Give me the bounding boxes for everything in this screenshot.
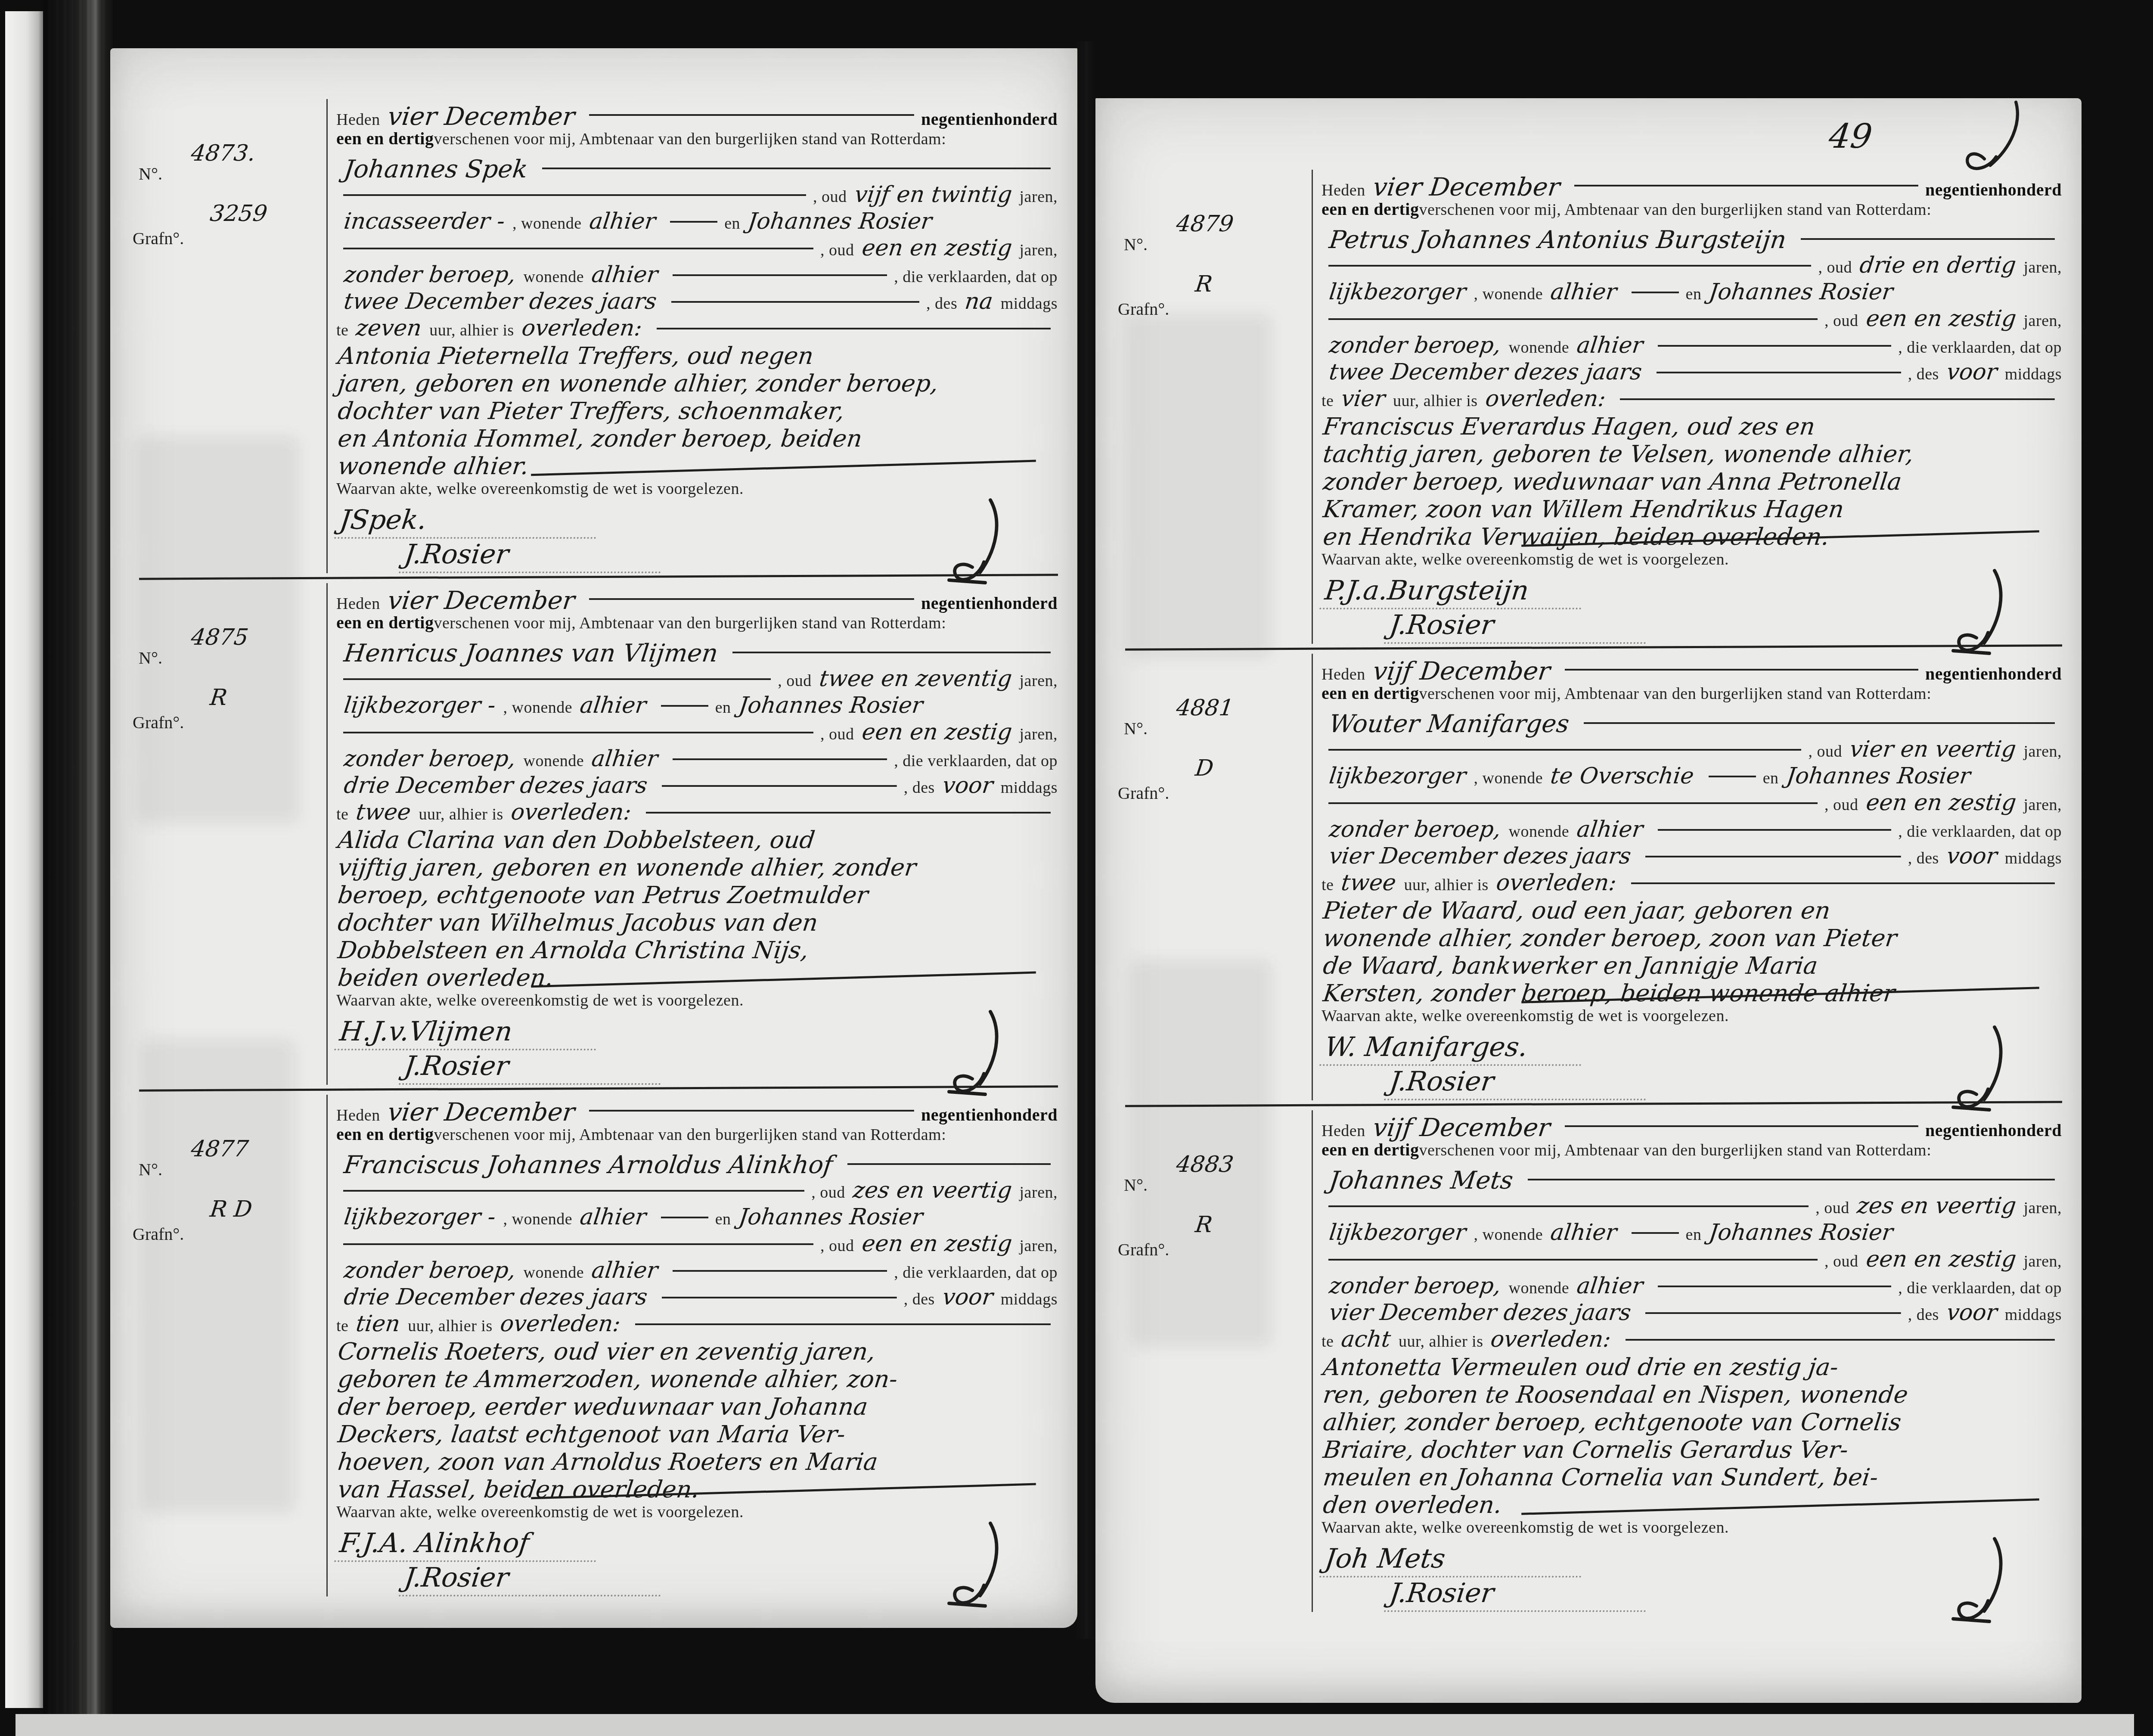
form-text: , oud bbox=[820, 241, 854, 260]
blank-fill-line bbox=[1632, 291, 1679, 294]
line-year: een en dertigverschenen voor mij, Ambten… bbox=[1322, 1140, 2062, 1166]
line-death-hour: tevieruur, alhier isoverleden: bbox=[1322, 386, 2062, 413]
death-daypart: voor bbox=[1945, 1300, 1998, 1326]
registrar-clause: verschenen voor mij, Ambtenaar van den b… bbox=[434, 614, 946, 633]
grave-number: 3259 bbox=[208, 201, 269, 227]
declarant2-residence: alhier bbox=[590, 262, 659, 288]
scanned-register-photo: N°.4873.Grafn°.3259Hedenvier Decemberneg… bbox=[0, 0, 2153, 1736]
blank-fill-line bbox=[1328, 318, 1818, 320]
deceased-text: de Waard, bankwerker en Jannigje Maria bbox=[1322, 952, 1819, 979]
heden-label: Heden bbox=[336, 594, 380, 613]
record-number-label: N°. bbox=[139, 1159, 162, 1180]
form-text: , wonende bbox=[512, 214, 582, 233]
line-declarant1-age: , oudvijf en twintigjaren, bbox=[336, 182, 1058, 208]
declarant2-age: een en zestig bbox=[860, 1231, 1013, 1257]
form-text: jaren, bbox=[2024, 795, 2062, 814]
grave-number-label: Grafn°. bbox=[1118, 783, 1169, 803]
signature: W. Manifarges. bbox=[1319, 1031, 1585, 1066]
declarant1-age: zes en veertig bbox=[1855, 1193, 2017, 1219]
declarant2-occupation: zonder beroep, bbox=[1328, 817, 1502, 842]
deceased-text: jaren, geboren en wonende alhier, zonder… bbox=[336, 370, 940, 397]
deceased-text-line: Dobbelsteen en Arnolda Christina Nijs, bbox=[336, 936, 1058, 964]
deceased-text-line: de Waard, bankwerker en Jannigje Maria bbox=[1322, 952, 2062, 979]
deceased-text: wonende alhier. bbox=[336, 452, 530, 480]
loose-page-edge bbox=[5, 11, 44, 1708]
deceased-text-line: Briaire, dochter van Cornelis Gerardus V… bbox=[1322, 1436, 2062, 1463]
deceased-text: beiden overleden. bbox=[336, 964, 555, 991]
form-text: jaren, bbox=[1020, 671, 1058, 690]
declarant1-residence: te Overschie bbox=[1549, 763, 1695, 789]
line-year: een en dertigverschenen voor mij, Ambten… bbox=[336, 612, 1058, 639]
year-word: een en dertig bbox=[1322, 199, 1419, 219]
line-declarant2-age: , oudeen en zestigjaren, bbox=[336, 719, 1058, 746]
death-daypart: voor bbox=[941, 773, 994, 798]
line-date: Hedenvier Decembernegentienhonderd bbox=[336, 1097, 1058, 1124]
blank-fill-line bbox=[1626, 1338, 2055, 1341]
overleden-word: overleden: bbox=[1484, 386, 1607, 412]
death-record: N°.4875Grafn°.RHedenvier Decembernegenti… bbox=[110, 583, 1077, 1085]
form-text: , des bbox=[926, 294, 957, 313]
paraph-flourish-icon bbox=[1945, 1536, 2010, 1629]
blank-fill-line bbox=[1328, 1258, 1818, 1261]
signature-area: F.J.A. AlinkhofJ.Rosier bbox=[336, 1528, 1058, 1596]
form-text: jaren, bbox=[2024, 1252, 2062, 1271]
death-hour: acht bbox=[1340, 1326, 1393, 1352]
page-left-content: N°.4873.Grafn°.3259Hedenvier Decemberneg… bbox=[110, 48, 1077, 1628]
record-margin: N°.4877Grafn°.R D bbox=[110, 1095, 326, 1596]
line-declarant1-residence: lijkbezorger, wonendealhierenJohannes Ro… bbox=[1322, 1220, 2062, 1246]
line-declarant2-age: , oudeen en zestigjaren, bbox=[336, 235, 1058, 262]
form-text: wonende bbox=[1508, 822, 1569, 841]
line-declarant2-residence: zonder beroep,wonendealhier, die verklaa… bbox=[1322, 1273, 2062, 1300]
blank-fill-line bbox=[670, 220, 717, 223]
signature: J.Rosier bbox=[399, 1050, 665, 1085]
record-margin: N°.4881Grafn°.D bbox=[1095, 654, 1312, 1100]
form-text: middags bbox=[1001, 1290, 1058, 1309]
deceased-text-line: dochter van Pieter Treffers, schoenmaker… bbox=[336, 397, 1058, 425]
year-printed: negentienhonderd bbox=[1925, 180, 2062, 200]
form-text: jaren, bbox=[2024, 258, 2062, 277]
line-declarant2-residence: zonder beroep,wonendealhier, die verklaa… bbox=[1322, 817, 2062, 843]
form-text: , wonende bbox=[1474, 1225, 1543, 1244]
declarant1-residence: alhier bbox=[579, 1204, 648, 1230]
form-text: jaren, bbox=[2024, 1199, 2062, 1217]
blank-fill-line bbox=[635, 1323, 1051, 1326]
deceased-text: Briaire, dochter van Cornelis Gerardus V… bbox=[1322, 1436, 1850, 1463]
declarant1-age: twee en zeventig bbox=[818, 666, 1013, 692]
death-hour: vier bbox=[1340, 386, 1387, 412]
declarant2-name: Johannes Rosier bbox=[1708, 279, 1895, 305]
book-binding-shadow bbox=[43, 0, 113, 1736]
deceased-text-line: vijftig jaren, geboren en wonende alhier… bbox=[336, 854, 1058, 881]
signature-area: W. Manifarges.J.Rosier bbox=[1322, 1031, 2062, 1100]
grave-number: R bbox=[208, 685, 229, 711]
line-death-date: twee December dezes jaars, desvoormiddag… bbox=[1322, 359, 2062, 386]
declarant1-name: Henricus Joannes van Vlijmen bbox=[342, 639, 720, 668]
signature: P.J.a.Burgsteijn bbox=[1319, 575, 1585, 609]
blank-fill-line bbox=[673, 274, 887, 276]
form-text: jaren, bbox=[1020, 725, 1058, 744]
deceased-text: Kramer, zoon van Willem Hendrikus Hagen bbox=[1322, 495, 1846, 523]
line-death-date: drie December dezes jaars, desvoormiddag… bbox=[336, 1284, 1058, 1311]
blank-fill-line bbox=[673, 758, 887, 761]
declarant2-occupation: zonder beroep, bbox=[1328, 1273, 1502, 1299]
deceased-text-line: meulen en Johanna Cornelia van Sundert, … bbox=[1322, 1463, 2062, 1491]
year-printed: negentienhonderd bbox=[921, 109, 1058, 129]
blank-fill-line bbox=[1574, 184, 1918, 187]
blank-fill-line bbox=[1565, 1125, 1918, 1127]
blank-fill-line bbox=[1528, 1178, 2055, 1181]
blank-fill-line bbox=[657, 327, 1051, 330]
year-word: een en dertig bbox=[1322, 1140, 1419, 1160]
form-text: , des bbox=[904, 778, 935, 797]
declarant2-name: Johannes Rosier bbox=[1708, 1220, 1895, 1245]
deceased-text-line: wonende alhier, zonder beroep, zoon van … bbox=[1322, 924, 2062, 952]
declarant1-name: Franciscus Johannes Arnoldus Alinkhof bbox=[342, 1151, 835, 1179]
declarant2-age: een en zestig bbox=[1864, 1246, 2017, 1272]
blank-fill-line bbox=[542, 167, 1051, 170]
blank-fill-line bbox=[343, 1189, 804, 1192]
declarant2-occupation: zonder beroep, bbox=[342, 262, 517, 288]
blank-fill-line bbox=[646, 811, 1051, 814]
form-text: te bbox=[336, 1317, 348, 1335]
deceased-text: dochter van Pieter Treffers, schoenmaker… bbox=[336, 397, 846, 425]
line-death-hour: tetienuur, alhier isoverleden: bbox=[336, 1311, 1058, 1338]
record-number: 4879 bbox=[1175, 211, 1235, 237]
signature-area: H.J.v.VlijmenJ.Rosier bbox=[336, 1016, 1058, 1085]
form-text: te bbox=[336, 321, 348, 340]
blank-fill-line bbox=[343, 731, 813, 734]
heden-label: Heden bbox=[1322, 665, 1365, 684]
deceased-text-line: geboren te Ammerzoden, wonende alhier, z… bbox=[336, 1365, 1058, 1393]
declaration-clause: , die verklaarden, dat op bbox=[894, 1263, 1058, 1282]
form-text: te bbox=[1322, 391, 1334, 410]
form-text: middags bbox=[2005, 1305, 2062, 1324]
year-word: een en dertig bbox=[336, 128, 434, 149]
blank-fill-line bbox=[1658, 345, 1892, 347]
form-text: , oud bbox=[1818, 258, 1852, 277]
declarant2-occupation: zonder beroep, bbox=[1328, 332, 1502, 358]
line-death-date: twee December dezes jaars, desnamiddags bbox=[336, 289, 1058, 315]
form-text: , oud bbox=[1808, 742, 1842, 761]
signature: JSpek. bbox=[334, 504, 600, 539]
declarant2-occupation: zonder beroep, bbox=[342, 746, 517, 772]
line-year: een en dertigverschenen voor mij, Ambten… bbox=[336, 1124, 1058, 1151]
form-text: jaren, bbox=[2024, 311, 2062, 330]
deceased-text-line: Kersten, zonder beroep, beiden wonende a… bbox=[1322, 979, 2062, 1007]
declarant1-residence: alhier bbox=[588, 208, 657, 234]
record-date: vier December bbox=[386, 1097, 577, 1127]
deceased-text: Dobbelsteen en Arnolda Christina Nijs, bbox=[336, 936, 810, 964]
death-record: N°.4873.Grafn°.3259Hedenvier Decemberneg… bbox=[110, 99, 1077, 573]
signature: J.Rosier bbox=[1384, 1577, 1650, 1612]
record-separator bbox=[139, 1085, 1058, 1091]
line-declarant1-name: Henricus Joannes van Vlijmen bbox=[336, 639, 1058, 666]
declarant2-name: Johannes Rosier bbox=[746, 208, 933, 234]
deceased-text: geboren te Ammerzoden, wonende alhier, z… bbox=[336, 1365, 899, 1393]
blank-fill-line bbox=[671, 301, 919, 303]
form-text: , wonende bbox=[1474, 285, 1543, 304]
blank-fill-line bbox=[1328, 802, 1818, 804]
line-death-date: vier December dezes jaars, desvoormiddag… bbox=[1322, 1300, 2062, 1326]
declarant1-occupation: lijkbezorger - bbox=[342, 1204, 497, 1230]
overleden-word: overleden: bbox=[520, 315, 643, 341]
line-declarant2-age: , oudeen en zestigjaren, bbox=[1322, 306, 2062, 332]
blank-fill-line bbox=[1645, 1312, 1901, 1314]
death-daypart: voor bbox=[1945, 843, 1998, 869]
declarant1-name: Johannes Spek bbox=[342, 155, 529, 183]
deceased-text-line: en Antonia Hommel, zonder beroep, beiden bbox=[336, 425, 1058, 452]
form-text: middags bbox=[1001, 294, 1058, 313]
year-word: een en dertig bbox=[336, 1124, 434, 1144]
signature: J.Rosier bbox=[399, 1562, 665, 1596]
blank-fill-line bbox=[847, 1163, 1051, 1165]
line-date: Hedenvier Decembernegentienhonderd bbox=[336, 586, 1058, 612]
record-body: Hedenvier Decembernegentienhonderdeen en… bbox=[1312, 170, 2082, 644]
form-text: uur, alhier is bbox=[1404, 876, 1488, 894]
blank-fill-line bbox=[1658, 829, 1892, 831]
record-margin: N°.4875Grafn°.R bbox=[110, 583, 326, 1085]
death-daypart: na bbox=[964, 289, 995, 314]
deceased-text-line: wonende alhier. bbox=[336, 452, 1058, 480]
form-text: , wonende bbox=[503, 698, 573, 717]
deceased-text-line: beiden overleden. bbox=[336, 964, 1058, 991]
deceased-text-line: der beroep, eerder weduwnaar van Johanna bbox=[336, 1393, 1058, 1420]
record-date: vier December bbox=[386, 102, 577, 131]
blank-fill-line bbox=[1631, 882, 2055, 885]
attestation-text: Waarvan akte, welke overeenkomstig de we… bbox=[336, 1503, 744, 1522]
deceased-text: Antonetta Vermeulen oud drie en zestig j… bbox=[1322, 1353, 1840, 1381]
death-record: N°.4877Grafn°.R DHedenvier Decembernegen… bbox=[110, 1095, 1077, 1596]
form-text: jaren, bbox=[2024, 742, 2062, 761]
deceased-text-line: hoeven, zoon van Arnoldus Roeters en Mar… bbox=[336, 1448, 1058, 1475]
deceased-text: vijftig jaren, geboren en wonende alhier… bbox=[336, 854, 918, 881]
form-text: wonende bbox=[523, 752, 584, 770]
form-text: middags bbox=[2005, 849, 2062, 868]
deceased-text: dochter van Wilhelmus Jacobus van den bbox=[336, 909, 819, 936]
deceased-text: ren, geboren te Roosendaal en Nispen, wo… bbox=[1322, 1381, 1910, 1408]
deceased-text: beroep, echtgenoote van Petrus Zoetmulde… bbox=[336, 881, 870, 909]
deceased-text: Alida Clarina van den Dobbelsteen, oud bbox=[336, 826, 816, 854]
form-text: , des bbox=[904, 1290, 935, 1309]
grave-number: R bbox=[1194, 1212, 1214, 1238]
signature-area: Joh MetsJ.Rosier bbox=[1322, 1543, 2062, 1612]
line-date: Hedenvier Decembernegentienhonderd bbox=[1322, 172, 2062, 199]
death-record: N°.4883Grafn°.RHedenvijf Decembernegenti… bbox=[1095, 1110, 2082, 1612]
heden-label: Heden bbox=[1322, 1121, 1365, 1140]
blank-fill-line bbox=[589, 1109, 914, 1112]
death-daypart: voor bbox=[1945, 359, 1998, 385]
blank-fill-line bbox=[1620, 398, 2055, 401]
form-text: jaren, bbox=[1020, 241, 1058, 260]
deceased-text: en Antonia Hommel, zonder beroep, beiden bbox=[336, 425, 864, 452]
overleden-word: overleden: bbox=[1495, 870, 1618, 896]
attestation-text: Waarvan akte, welke overeenkomstig de we… bbox=[1322, 550, 1729, 569]
line-declarant1-residence: lijkbezorger, wonendealhierenJohannes Ro… bbox=[1322, 279, 2062, 306]
deceased-text: en Hendrika Verwaijen, beiden overleden. bbox=[1322, 523, 1831, 550]
line-declarant2-age: , oudeen en zestigjaren, bbox=[1322, 1246, 2062, 1273]
death-hour: twee bbox=[355, 799, 413, 825]
record-margin: N°.4873.Grafn°.3259 bbox=[110, 99, 326, 573]
form-text: uur, alhier is bbox=[408, 1317, 492, 1335]
deceased-text-line: ren, geboren te Roosendaal en Nispen, wo… bbox=[1322, 1381, 2062, 1408]
record-margin: N°.4879Grafn°.R bbox=[1095, 170, 1312, 644]
declarant1-age: zes en veertig bbox=[851, 1177, 1013, 1203]
form-text: , oud bbox=[813, 187, 847, 206]
form-text: , des bbox=[1908, 1305, 1939, 1324]
form-text: jaren, bbox=[1020, 187, 1058, 206]
declarant1-occupation: lijkbezorger bbox=[1328, 279, 1467, 305]
line-declarant1-age: , oudzes en veertigjaren, bbox=[1322, 1193, 2062, 1220]
record-body: Hedenvijf Decembernegentienhonderdeen en… bbox=[1312, 654, 2082, 1100]
line-declarant1-age: , ouddrie en dertigjaren, bbox=[1322, 252, 2062, 279]
death-record: N°.4881Grafn°.DHedenvijf Decembernegenti… bbox=[1095, 654, 2082, 1100]
line-declarant1-age: , oudzes en veertigjaren, bbox=[336, 1177, 1058, 1204]
blank-fill-line bbox=[589, 598, 914, 600]
declarant2-occupation: zonder beroep, bbox=[342, 1258, 517, 1283]
record-body: Hedenvier Decembernegentienhonderdeen en… bbox=[326, 583, 1077, 1085]
line-declarant1-name: Johannes Mets bbox=[1322, 1166, 2062, 1193]
registrar-clause: verschenen voor mij, Ambtenaar van den b… bbox=[1419, 1141, 1931, 1160]
declarant1-residence: alhier bbox=[579, 693, 648, 718]
deceased-text: hoeven, zoon van Arnoldus Roeters en Mar… bbox=[336, 1448, 879, 1475]
record-margin: N°.4883Grafn°.R bbox=[1095, 1110, 1312, 1612]
heden-label: Heden bbox=[336, 1106, 380, 1125]
register-page-left: N°.4873.Grafn°.3259Hedenvier Decemberneg… bbox=[110, 48, 1077, 1628]
form-text: uur, alhier is bbox=[1399, 1332, 1483, 1351]
blank-fill-line bbox=[1709, 775, 1756, 778]
deceased-text: van Hassel, beiden overleden. bbox=[336, 1475, 701, 1503]
deceased-text-line: beroep, echtgenoote van Petrus Zoetmulde… bbox=[336, 881, 1058, 909]
attestation-text: Waarvan akte, welke overeenkomstig de we… bbox=[336, 479, 744, 498]
line-declarant2-age: , oudeen en zestigjaren, bbox=[336, 1231, 1058, 1258]
declarant2-age: een en zestig bbox=[1864, 790, 2017, 816]
record-body: Hedenvier Decembernegentienhonderdeen en… bbox=[326, 1095, 1077, 1596]
line-date: Hedenvijf Decembernegentienhonderd bbox=[1322, 1113, 2062, 1140]
form-text: , oud bbox=[811, 1183, 845, 1202]
declarant2-residence: alhier bbox=[590, 746, 659, 772]
record-separator bbox=[1125, 1101, 2062, 1107]
deceased-text-line: Kramer, zoon van Willem Hendrikus Hagen bbox=[1322, 495, 2062, 523]
deceased-text-line: alhier, zonder beroep, echtgenoote van C… bbox=[1322, 1408, 2062, 1436]
form-text: , wonende bbox=[1474, 769, 1543, 788]
blank-fill-line bbox=[662, 1296, 897, 1299]
heden-label: Heden bbox=[1322, 181, 1365, 200]
deceased-text-line: Deckers, laatst echtgenoot van Maria Ver… bbox=[336, 1420, 1058, 1448]
form-text: , wonende bbox=[503, 1210, 573, 1229]
blank-fill-line bbox=[589, 114, 914, 116]
deceased-text: der beroep, eerder weduwnaar van Johanna bbox=[336, 1393, 869, 1420]
declarant1-age: vijf en twintig bbox=[853, 182, 1013, 208]
overleden-word: overleden: bbox=[1489, 1326, 1613, 1352]
blank-fill-line bbox=[661, 1216, 708, 1219]
blank-fill-line bbox=[662, 785, 897, 787]
year-printed: negentienhonderd bbox=[921, 593, 1058, 613]
declarant1-name: Petrus Johannes Antonius Burgsteijn bbox=[1328, 226, 1788, 254]
deceased-text: Pieter de Waard, oud een jaar, geboren e… bbox=[1322, 897, 1832, 924]
declarant2-residence: alhier bbox=[1575, 332, 1644, 358]
signature: J.Rosier bbox=[1384, 1065, 1650, 1100]
declarant1-occupation: lijkbezorger - bbox=[342, 693, 497, 718]
form-text: , oud bbox=[1815, 1199, 1849, 1217]
record-number-label: N°. bbox=[1124, 234, 1148, 255]
death-hour: tien bbox=[355, 1311, 402, 1337]
form-text: , oud bbox=[820, 725, 854, 744]
deceased-text: den overleden. bbox=[1322, 1491, 1503, 1519]
form-text: , oud bbox=[1824, 795, 1858, 814]
deceased-text-line: Cornelis Roeters, oud vier en zeventig j… bbox=[336, 1338, 1058, 1365]
deceased-text-line: Alida Clarina van den Dobbelsteen, oud bbox=[336, 826, 1058, 854]
death-date: drie December dezes jaars bbox=[342, 773, 649, 798]
record-number: 4877 bbox=[189, 1136, 250, 1162]
declarant1-occupation: lijkbezorger bbox=[1328, 763, 1467, 789]
deceased-text-line: den overleden. bbox=[1322, 1491, 2062, 1519]
form-text: , oud bbox=[1824, 1252, 1858, 1271]
record-number-label: N°. bbox=[1124, 1175, 1148, 1195]
form-text: en bbox=[1763, 769, 1779, 788]
declarant1-name: Wouter Manifarges bbox=[1328, 710, 1571, 738]
record-number: 4873. bbox=[189, 140, 257, 166]
blank-fill-line bbox=[343, 194, 806, 196]
blank-fill-line bbox=[1565, 668, 1918, 671]
page-right-content: N°.4879Grafn°.RHedenvier Decembernegenti… bbox=[1095, 98, 2082, 1703]
death-date: twee December dezes jaars bbox=[1328, 359, 1643, 385]
record-number: 4881 bbox=[1175, 695, 1235, 721]
signature: J.Rosier bbox=[399, 538, 665, 573]
deceased-text: Franciscus Everardus Hagen, oud zes en bbox=[1322, 413, 1817, 440]
year-word: een en dertig bbox=[1322, 683, 1419, 703]
line-declarant1-age: , oudtwee en zeventigjaren, bbox=[336, 666, 1058, 693]
death-date: vier December dezes jaars bbox=[1328, 1300, 1632, 1326]
registrar-clause: verschenen voor mij, Ambtenaar van den b… bbox=[1419, 200, 1931, 219]
deceased-text-line: Antonia Pieternella Treffers, oud negen bbox=[336, 342, 1058, 370]
form-text: , oud bbox=[778, 671, 812, 690]
line-death-hour: tezevenuur, alhier isoverleden: bbox=[336, 315, 1058, 342]
form-text: wonende bbox=[1508, 338, 1569, 357]
signature: F.J.A. Alinkhof bbox=[334, 1527, 600, 1562]
form-text: en bbox=[1686, 1225, 1702, 1244]
record-separator bbox=[139, 574, 1058, 580]
paraph-flourish-icon bbox=[941, 1521, 1006, 1613]
grave-number-label: Grafn°. bbox=[133, 228, 184, 248]
deceased-text-line: tachtig jaren, geboren te Velsen, wonend… bbox=[1322, 440, 2062, 468]
declarant1-occupation: lijkbezorger bbox=[1328, 1220, 1467, 1245]
deceased-text-line: jaren, geboren en wonende alhier, zonder… bbox=[336, 370, 1058, 397]
line-declarant1-name: Petrus Johannes Antonius Burgsteijn bbox=[1322, 226, 2062, 252]
record-separator bbox=[1125, 644, 2062, 650]
signature-area: JSpek.J.Rosier bbox=[336, 504, 1058, 573]
deceased-text-line: dochter van Wilhelmus Jacobus van den bbox=[336, 909, 1058, 936]
declarant1-name: Johannes Mets bbox=[1328, 1166, 1515, 1195]
line-date: Hedenvier Decembernegentienhonderd bbox=[336, 102, 1058, 128]
registrar-clause: verschenen voor mij, Ambtenaar van den b… bbox=[434, 1125, 946, 1144]
attestation-text: Waarvan akte, welke overeenkomstig de we… bbox=[336, 991, 744, 1010]
record-body: Hedenvijf Decembernegentienhonderdeen en… bbox=[1312, 1110, 2082, 1612]
declarant1-age: drie en dertig bbox=[1858, 252, 2017, 278]
declarant2-age: een en zestig bbox=[860, 719, 1013, 745]
death-hour: twee bbox=[1340, 870, 1398, 896]
deceased-text: zonder beroep, weduwnaar van Anna Petron… bbox=[1322, 468, 1903, 495]
blank-fill-line bbox=[343, 247, 813, 250]
overleden-word: overleden: bbox=[499, 1311, 622, 1337]
line-declarant2-age: , oudeen en zestigjaren, bbox=[1322, 790, 2062, 817]
death-hour: zeven bbox=[355, 315, 423, 341]
signature: Joh Mets bbox=[1319, 1543, 1585, 1578]
line-year: een en dertigverschenen voor mij, Ambten… bbox=[1322, 199, 2062, 226]
line-year: een en dertigverschenen voor mij, Ambten… bbox=[336, 128, 1058, 155]
form-text: middags bbox=[2005, 365, 2062, 384]
deceased-text: Cornelis Roeters, oud vier en zeventig j… bbox=[336, 1338, 877, 1365]
